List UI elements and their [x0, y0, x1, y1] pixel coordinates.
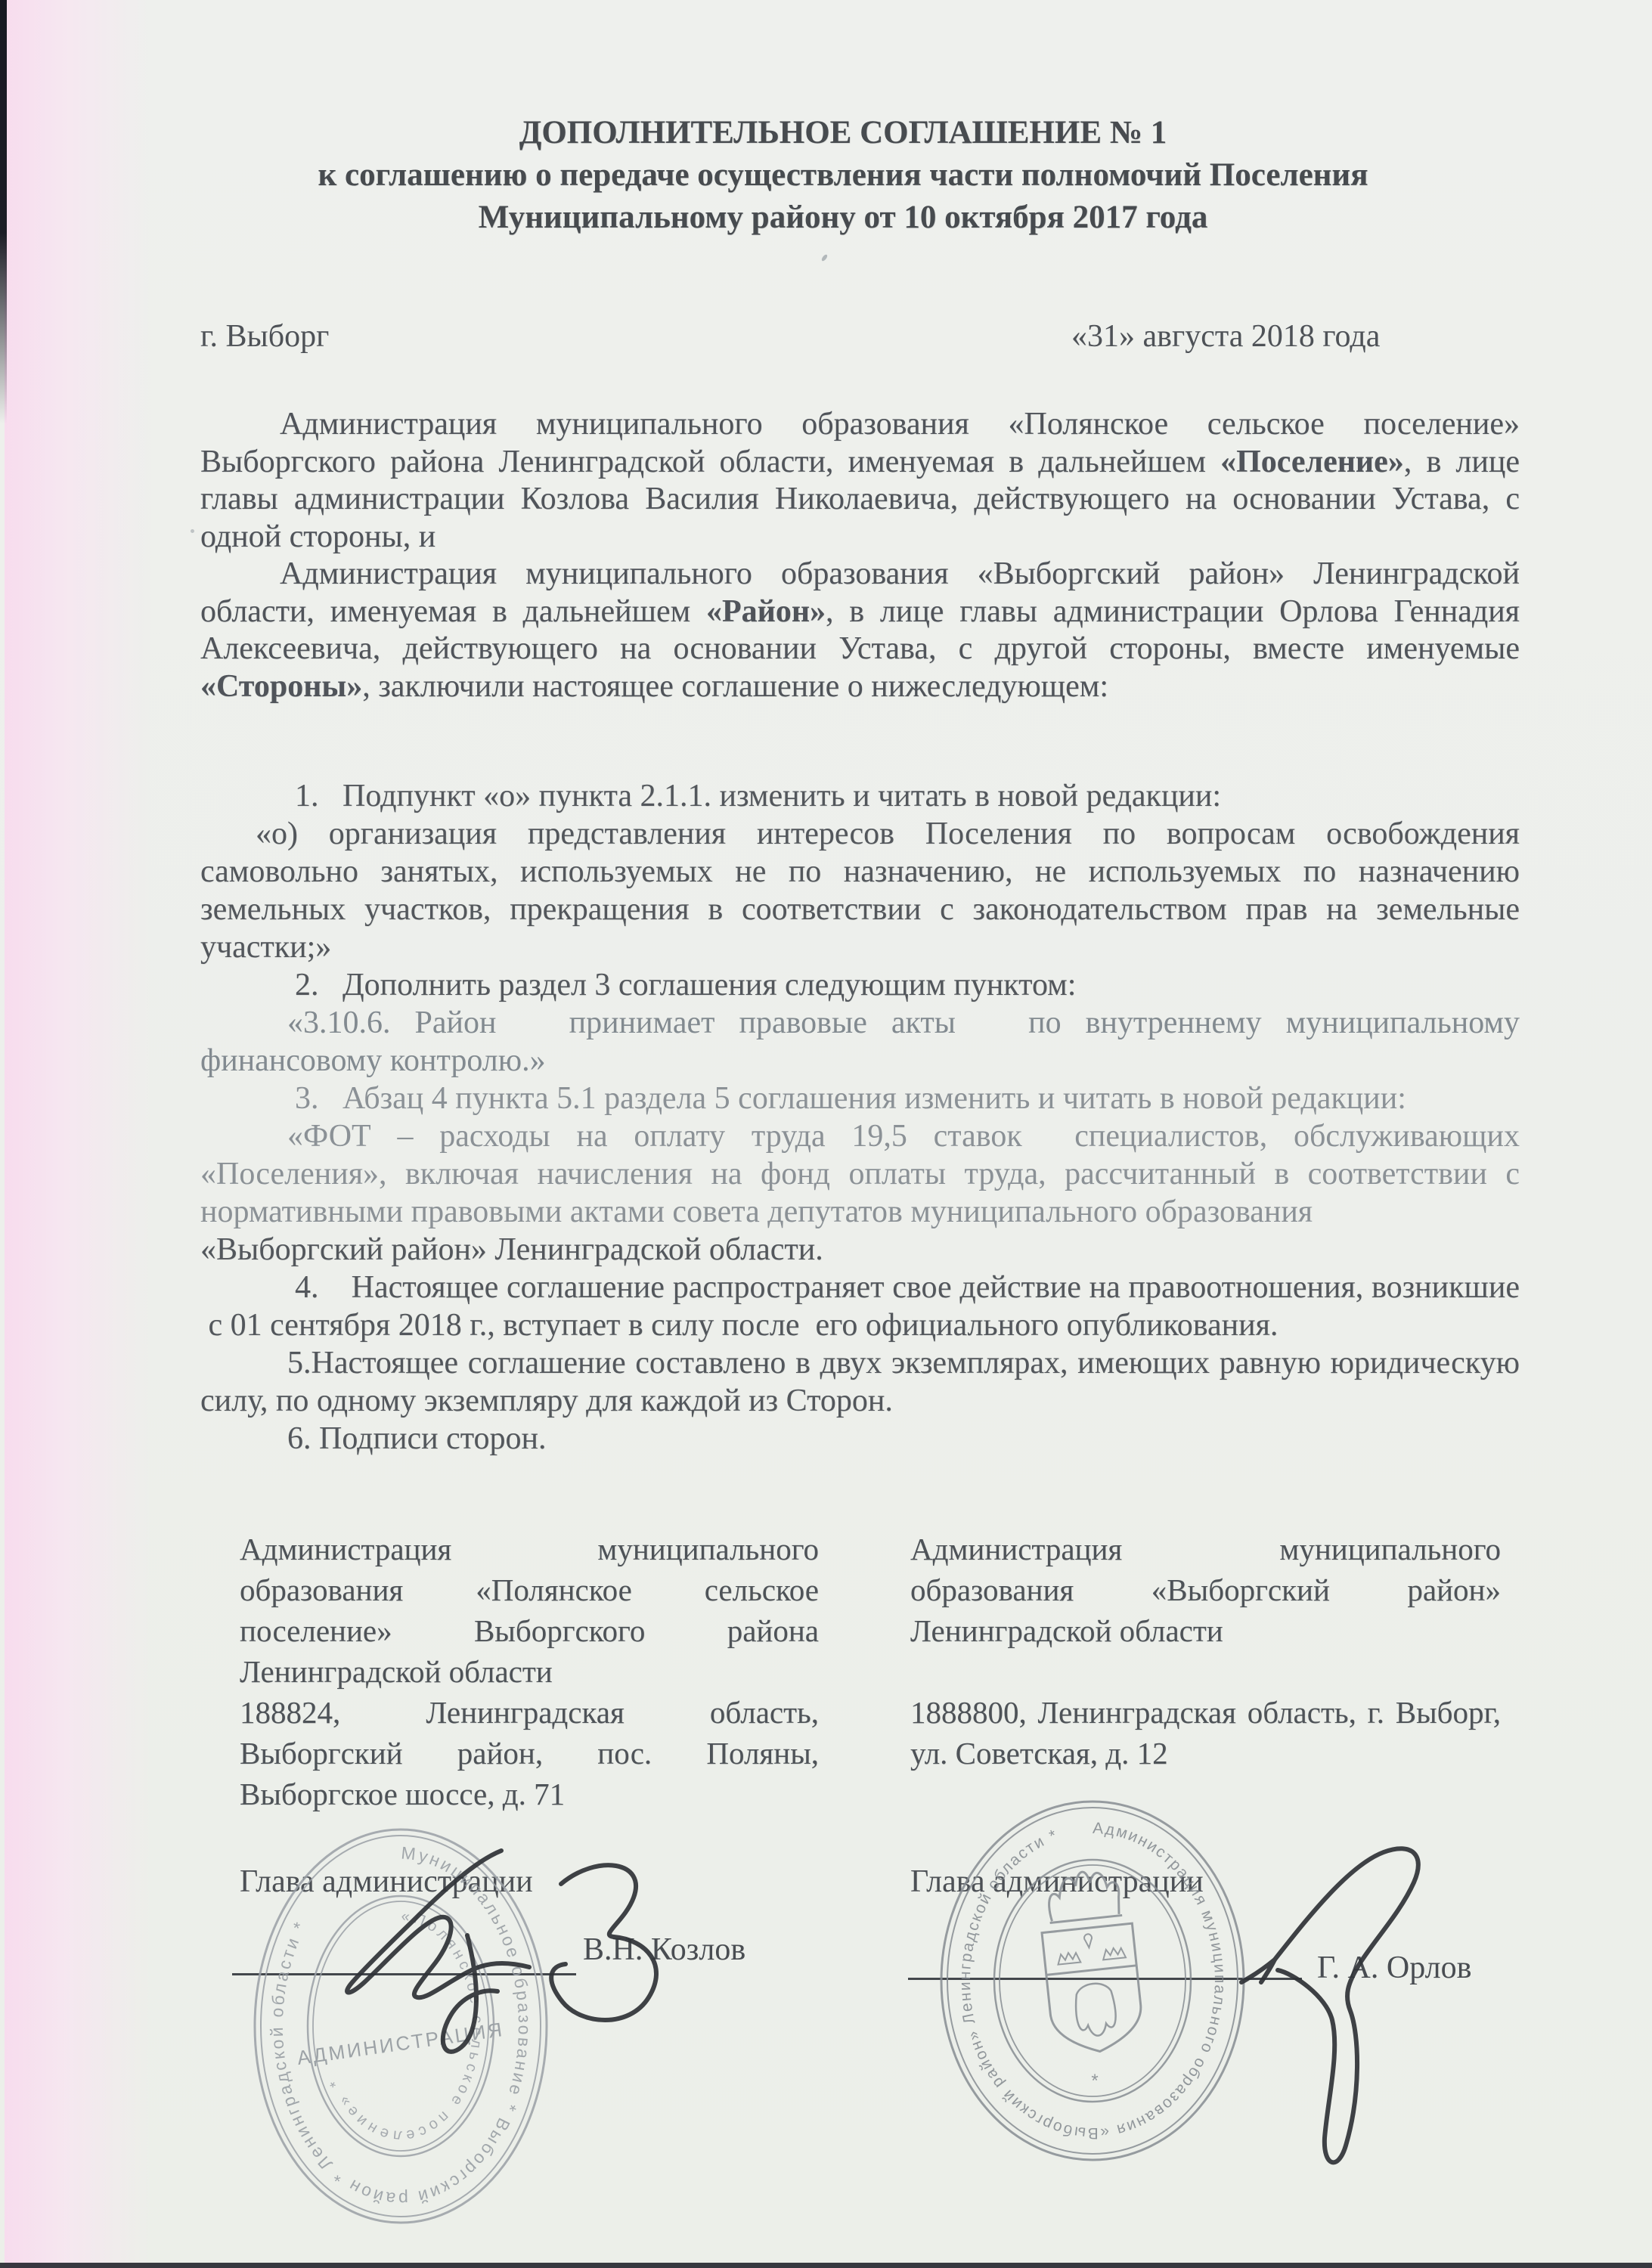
party-name-district: Администрация муниципального образования… [910, 1529, 1501, 1651]
stamp-center-text: АДМИНИСТРАЦИЯ [296, 2018, 506, 2069]
stamp-star-separator: * [1091, 2071, 1098, 2091]
title-line-1: ДОПОЛНИТЕЛЬНОЕ СОГЛАШЕНИЕ № 1 [185, 112, 1501, 154]
scan-dark-bottom-edge [0, 2263, 1652, 2268]
preamble: Администрация муниципального образования… [200, 406, 1520, 705]
signer-name-orlov: Г. А. Орлов [1317, 1950, 1471, 1985]
arms-mini-crown-right [1102, 1947, 1126, 1960]
party-block-settlement: Администрация муниципального образования… [240, 1529, 819, 1814]
scan-speck [191, 529, 194, 533]
arms-shield [1042, 1923, 1145, 2056]
clause-1: 1. Подпункт «о» пункта 2.1.1. изменить и… [200, 777, 1520, 815]
arms-figure [1084, 1934, 1093, 1948]
preamble-p2-emphasis: «Район» [706, 594, 826, 629]
arms-divider [1046, 1966, 1136, 1975]
clause-4: 4. Настоящее соглашение распространяет с… [200, 1269, 1520, 1344]
scan-pink-edge [5, 0, 152, 2268]
clause-3-subtext: «ФОТ – расходы на оплату труда 19,5 став… [200, 1117, 1520, 1231]
clause-1-subtext: «о) организация представления интересов … [200, 815, 1520, 966]
preamble-p2-emphasis: «Стороны» [200, 669, 362, 704]
party-name-settlement: Администрация муниципального образования… [240, 1529, 819, 1692]
clause-2-subtext: «3.10.6. Район принимает правовые акты п… [200, 1004, 1520, 1080]
document-date: «31» августа 2018 года [1071, 318, 1380, 355]
party-block-district: Администрация муниципального образования… [910, 1529, 1501, 1774]
stamp-outer-ring-2 [947, 1808, 1238, 2154]
signer-name-kozlov: В.Н. Козлов [583, 1932, 745, 1967]
clause-3-subtext-tail: «Выборгский район» Ленинградской области… [200, 1231, 1520, 1269]
clause-3: 3. Абзац 4 пункта 5.1 раздела 5 соглашен… [200, 1080, 1520, 1117]
party-address-district: 1888800, Ленинградская область, г. Выбор… [910, 1692, 1501, 1774]
arms-mini-crown-left [1057, 1952, 1080, 1965]
preamble-p1-emphasis: «Поселение» [1220, 445, 1404, 479]
title-line-2: к соглашению о передаче осуществления ча… [185, 154, 1501, 197]
stamp-inner-ring-2 [313, 1901, 488, 2151]
stamp-outer-ring [941, 1802, 1244, 2160]
signature-line-district [908, 1978, 1302, 1980]
clause-5: 5.Настоящее соглашение составлено в двух… [200, 1344, 1520, 1420]
signature-orlov [1241, 1848, 1418, 2162]
preamble-p2-text: , заключили настоящее соглашение о нижес… [362, 669, 1108, 704]
clause-6: 6. Подписи сторон. [200, 1420, 1520, 1458]
party-address-settlement: 188824, Ленинградская область, Выборгски… [240, 1692, 819, 1814]
title-line-3: Муниципальному району от 10 октября 2017… [185, 197, 1501, 239]
document-place: г. Выборг [200, 318, 329, 355]
arms-sheaf [1074, 1981, 1118, 2037]
scanned-agreement-page: ДОПОЛНИТЕЛЬНОЕ СОГЛАШЕНИЕ № 1 к соглашен… [0, 0, 1652, 2268]
clause-2: 2. Дополнить раздел 3 соглашения следующ… [200, 966, 1520, 1004]
stamp-district-seal: Администрация муниципального образования… [941, 1802, 1244, 2160]
signature-line-settlement [232, 1973, 576, 1975]
scan-dark-left-edge [0, 0, 7, 423]
stamp-inner-ring-text: «Полянское сельское поселение» * [325, 1908, 485, 2145]
signature-stroke [443, 1935, 497, 2052]
signature-stroke [1275, 1848, 1418, 2162]
scan-speck [820, 254, 828, 262]
role-label-district: Глава администрации [910, 1863, 1204, 1901]
role-label-settlement: Глава администрации [240, 1863, 533, 1901]
preamble-paragraph-2: Администрация муниципального образования… [200, 556, 1520, 705]
arms-crown-band [1050, 1915, 1122, 1923]
clauses: 1. Подпункт «о» пункта 2.1.1. изменить и… [200, 777, 1520, 1458]
stamp-inner-ring [308, 1896, 494, 2156]
document-title: ДОПОЛНИТЕЛЬНОЕ СОГЛАШЕНИЕ № 1 к соглашен… [185, 112, 1501, 239]
preamble-paragraph-1: Администрация муниципального образования… [200, 406, 1520, 556]
